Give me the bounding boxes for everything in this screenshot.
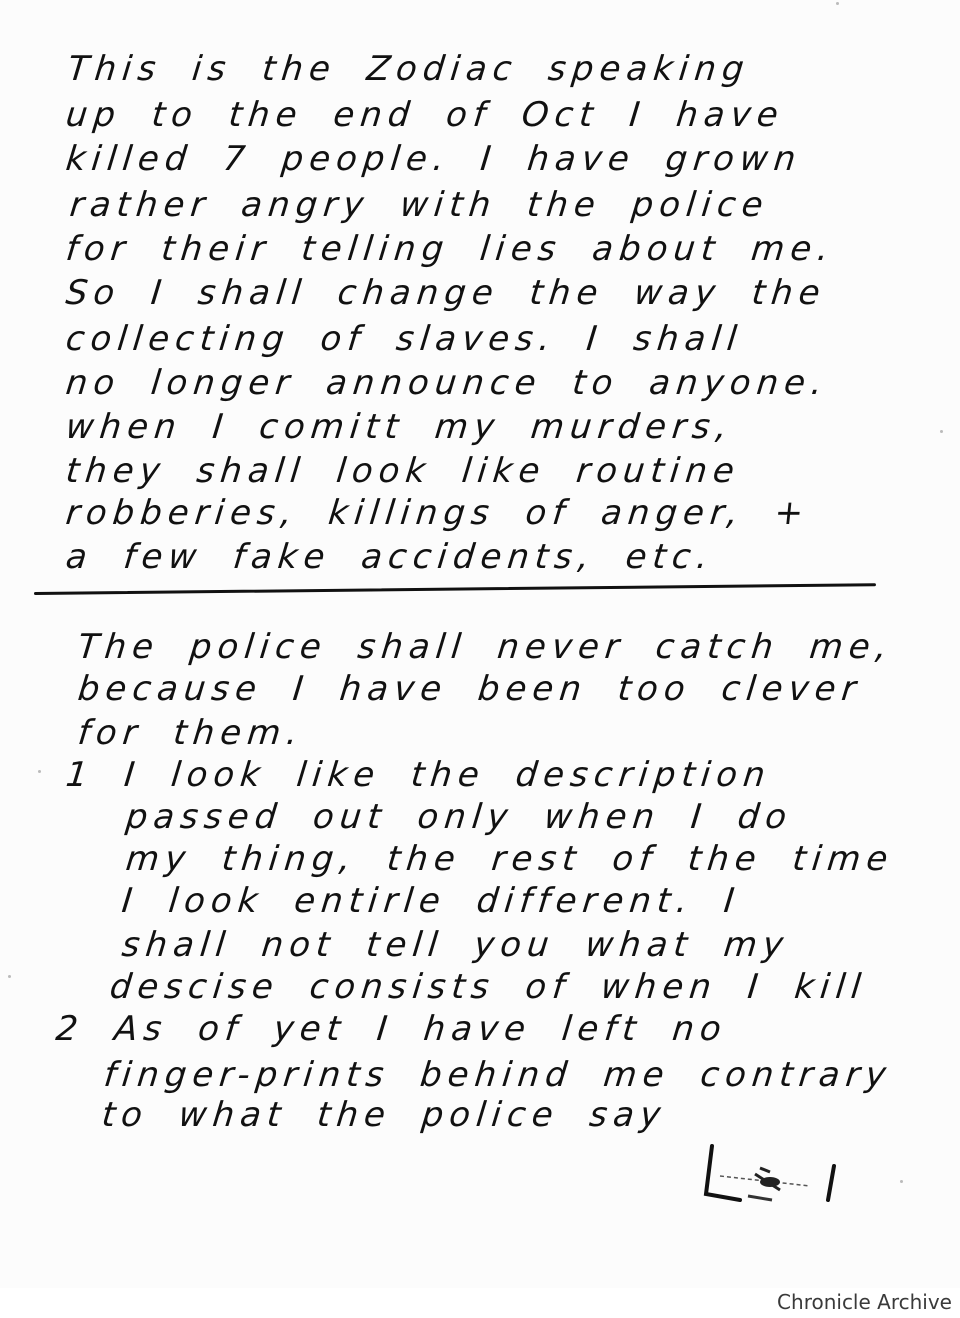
paper-speck: [900, 1180, 903, 1183]
photo-credit: Chronicle Archive: [777, 1290, 952, 1314]
paper-speck: [836, 2, 839, 5]
letter-line: to what the police say: [100, 1098, 668, 1132]
section-divider: [34, 583, 876, 595]
letter-line: rather angry with the police: [68, 188, 770, 222]
letter-page: This is the Zodiac speaking up to the en…: [0, 0, 960, 1290]
letter-line: for them.: [76, 716, 305, 750]
letter-line: when I comitt my murders,: [64, 410, 734, 444]
letter-line: they shall look like routine: [64, 454, 742, 488]
letter-line: 2 As of yet I have left no: [54, 1012, 728, 1046]
letter-line: shall not tell you what my: [120, 928, 791, 962]
letter-line: robberies, killings of anger, +: [64, 496, 811, 530]
letter-line: descise consists of when I kill: [108, 970, 868, 1004]
letter-line: collecting of slaves. I shall: [64, 322, 744, 356]
letter-line: no longer announce to anyone.: [64, 366, 830, 400]
letter-line: finger-prints behind me contrary: [102, 1058, 893, 1092]
paper-speck: [8, 975, 11, 978]
letter-line: up to the end of Oct I have: [64, 98, 785, 132]
letter-line: I look entirle different. I: [120, 884, 742, 918]
letter-line: The police shall never catch me,: [76, 630, 894, 664]
paper-speck: [940, 430, 943, 433]
letter-line: 1 I look like the description: [64, 758, 772, 792]
paper-speck: [38, 770, 41, 773]
letter-line: killed 7 people. I have grown: [64, 142, 803, 176]
letter-line: passed out only when I do: [124, 800, 794, 834]
letter-line: This is the Zodiac speaking: [66, 52, 751, 86]
crossed-circle-signature-icon: [700, 1138, 850, 1208]
letter-line: for their telling lies about me.: [64, 232, 836, 266]
letter-line: So I shall change the way the: [64, 276, 827, 310]
letter-line: my thing, the rest of the time: [124, 842, 895, 876]
letter-line: a few fake accidents, etc.: [64, 540, 715, 574]
letter-line: because I have been too clever: [76, 672, 863, 706]
